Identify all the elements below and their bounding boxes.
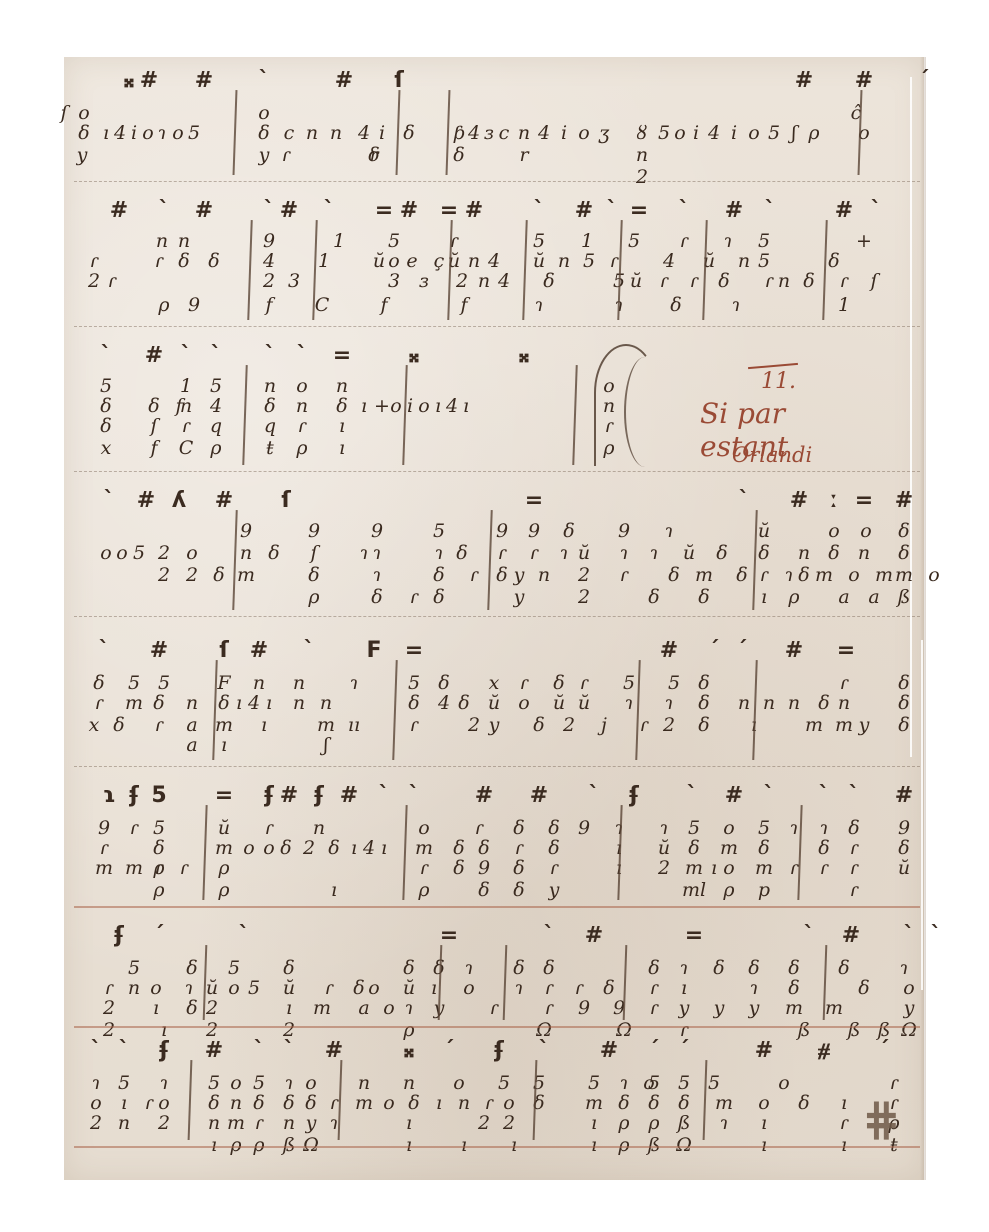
rhythm-sign: ˋ [607, 198, 618, 223]
tab-letter: δ [308, 564, 319, 586]
tab-letter: 2 [263, 270, 275, 292]
tab-letter: o [186, 542, 197, 564]
tab-letter: δ [328, 837, 339, 859]
tab-letter: n [468, 250, 480, 272]
tab-letter: ρ [723, 879, 734, 901]
rhythm-sign: ˊ [709, 638, 720, 663]
tab-letter: o [243, 837, 254, 859]
tab-letter: 5 [758, 817, 770, 839]
tab-letter: m [825, 997, 843, 1019]
rhythm-sign: ˊ [444, 1038, 455, 1063]
tab-letter: δ [458, 692, 469, 714]
tab-letter: δ [848, 817, 859, 839]
tab-letter: δ [513, 879, 524, 901]
tab-letter: ʒ [599, 122, 610, 144]
tab-letter: f [380, 294, 387, 316]
rhythm-sign: ˋ [259, 68, 270, 93]
tab-letter: ŭ [206, 977, 218, 999]
tab-letter: p [758, 879, 770, 901]
tab-letter: o [518, 692, 529, 714]
tab-letter: n [558, 250, 570, 272]
system-rule [74, 326, 920, 327]
tab-letter: 2 [478, 1112, 490, 1134]
tab-letter: ɿ [465, 957, 474, 979]
tab-letter: ı [351, 837, 357, 859]
tab-letter: ı [381, 837, 387, 859]
rhythm-sign: = [855, 488, 873, 513]
tab-letter: o [578, 122, 589, 144]
tab-letter: ɾ [330, 1092, 339, 1114]
tab-letter: 5 [433, 520, 445, 542]
tab-letter: n [306, 122, 318, 144]
tab-letter: δ [543, 270, 554, 292]
tab-letter: δ [264, 395, 275, 417]
barline [487, 510, 492, 610]
tab-letter: δ [803, 270, 814, 292]
tab-letter: ɿ [660, 817, 669, 839]
tab-letter: 5 [533, 230, 545, 252]
tab-letter: δ [898, 714, 909, 736]
tab-letter: m [125, 692, 143, 714]
tab-letter: ı [435, 395, 441, 417]
tab-letter: ŭ [533, 250, 545, 272]
rhythm-sign: ˊ [649, 1038, 660, 1063]
rhythm-sign: # [465, 198, 483, 223]
tab-letter: δ [371, 586, 382, 608]
tab-letter: 5 [210, 375, 222, 397]
tab-letter: ŭ [373, 250, 385, 272]
rhythm-sign: ˊ [879, 1038, 890, 1063]
tab-letter: 5 [688, 817, 700, 839]
tab-letter: n [603, 395, 615, 417]
rhythm-sign: 𝄪 [124, 68, 134, 93]
rhythm-sign: ʄ [129, 783, 139, 808]
rhythm-sign: = [375, 198, 393, 223]
barline [402, 805, 407, 900]
tab-letter: δ [408, 692, 419, 714]
tab-letter: ɾ [155, 250, 164, 272]
tab-letter: ɾ [298, 415, 307, 437]
tab-letter: 4 [488, 250, 500, 272]
rhythm-sign: ˋ [764, 783, 775, 808]
tab-letter: ɾ [660, 270, 669, 292]
rhythm-sign: ˋ [534, 198, 545, 223]
tab-letter: ß [648, 1134, 661, 1156]
tab-letter: x [101, 437, 112, 459]
tab-letter: y [259, 144, 270, 166]
tab-letter: δ [603, 977, 614, 999]
tab-letter: ı [761, 1112, 767, 1134]
tab-letter: o [78, 102, 89, 124]
tab-letter: δ [858, 977, 869, 999]
tab-letter: ρ [418, 879, 429, 901]
tab-letter: 2 [158, 1112, 170, 1134]
tab-letter: ɿ [405, 997, 414, 1019]
tab-letter: ɾ [850, 837, 859, 859]
tab-letter: ı [339, 437, 345, 459]
tab-letter: n [186, 692, 198, 714]
tab-letter: 3 [388, 270, 400, 292]
tab-letter: ɾ [820, 857, 829, 879]
tablature-system: ˋ#ˋˋˋˋ=𝄪𝄪515nonoδδfn4δnδı+oioı4ınδſɾqqɾı… [64, 335, 924, 475]
rhythm-sign: ˋ [819, 783, 830, 808]
tab-letter: ɿ [185, 977, 194, 999]
tab-letter: y [714, 997, 725, 1019]
tab-letter: ρ [218, 879, 229, 901]
tab-letter: ıı [348, 714, 360, 736]
tab-letter: i [379, 122, 385, 144]
tab-letter: o [305, 1072, 316, 1094]
tab-letter: y [489, 714, 500, 736]
tab-letter: 4 [708, 122, 720, 144]
tab-letter: δ [253, 1092, 264, 1114]
rhythm-sign: F [366, 638, 381, 663]
tab-letter: ı [431, 977, 437, 999]
tab-letter: δ [403, 957, 414, 979]
rhythm-sign: # [790, 488, 808, 513]
tab-letter: δ [453, 857, 464, 879]
tab-letter: ρ [618, 1112, 629, 1134]
tab-letter: n [128, 977, 140, 999]
rhythm-sign: ˋ [904, 923, 915, 948]
tab-letter: ɿ [350, 672, 359, 694]
tab-letter: n [208, 1112, 220, 1134]
tab-letter: n [838, 692, 850, 714]
tab-letter: ɾ [760, 564, 769, 586]
tab-letter: δ [648, 1092, 659, 1114]
tab-letter: i [731, 122, 737, 144]
tab-letter: ı [266, 692, 272, 714]
tab-letter: ɿ [435, 542, 444, 564]
rhythm-sign: # [795, 68, 813, 93]
tab-letter: ı [406, 1134, 412, 1156]
tab-letter: o [230, 1072, 241, 1094]
tab-letter: o [723, 857, 734, 879]
tab-letter: 2 [636, 166, 648, 188]
tab-letter: δ [456, 542, 467, 564]
barline [522, 220, 527, 320]
tab-letter: e [406, 250, 417, 272]
rhythm-sign: ɿ [102, 783, 115, 808]
tab-letter: r [519, 144, 528, 166]
tab-letter: ɾ [108, 270, 117, 292]
rhythm-sign: # [335, 68, 353, 93]
tab-letter: 2 [578, 586, 590, 608]
tab-letter: o [158, 1092, 169, 1114]
tab-letter: ɾ [410, 586, 419, 608]
tab-letter: ı [211, 1134, 217, 1156]
rhythm-sign: ˋ [91, 1038, 102, 1063]
tab-letter: ɾ [100, 837, 109, 859]
tab-letter: ɿ [515, 977, 524, 999]
tab-letter: ɾ [182, 415, 191, 437]
tab-letter: δ [548, 837, 559, 859]
tab-letter: f [150, 437, 157, 459]
rhythm-sign: ˋ [265, 343, 276, 368]
tab-letter: δ [513, 817, 524, 839]
tab-letter: ȣ [637, 122, 648, 144]
tab-letter: m [755, 857, 773, 879]
rhythm-sign: # [660, 638, 678, 663]
tab-letter: o [723, 817, 734, 839]
tab-letter: n [858, 542, 870, 564]
barline [202, 805, 207, 900]
tab-letter: ɾ [610, 250, 619, 272]
rhythm-sign: ʄ [314, 783, 324, 808]
tab-letter: ɾ [575, 977, 584, 999]
tab-letter: ρ [153, 857, 164, 879]
tab-letter: 2 [88, 270, 100, 292]
tab-letter: δ [433, 586, 444, 608]
tab-letter: o [228, 977, 239, 999]
tab-letter: ρ [296, 437, 307, 459]
tab-letter: δ [670, 294, 681, 316]
tab-letter: 4 [498, 270, 510, 292]
rhythm-sign: = [405, 638, 423, 663]
rhythm-sign: # [340, 783, 358, 808]
tab-letter: δ [678, 1092, 689, 1114]
tab-letter: δ [618, 1092, 629, 1114]
tablature-system: ɿʄ5=ʄ#ʄ#ˋˋ##ˋʄˋ#ˋˋˋ#9ɾ5ŭɾnoɾδδ9ɿɿ5o5ɿɿδ9… [64, 775, 924, 910]
tab-letter: ı [286, 997, 292, 1019]
tab-letter: o [142, 122, 153, 144]
tab-letter: δ [453, 837, 464, 859]
tab-letter: o [848, 564, 859, 586]
barline [188, 1060, 192, 1140]
tab-letter: ɾ [840, 672, 849, 694]
tab-letter: m [95, 857, 113, 879]
tab-letter: ı [461, 1134, 467, 1156]
tab-letter: ɾ [650, 997, 659, 1019]
tab-letter: ρ [230, 1134, 241, 1156]
tab-letter: ç [434, 250, 445, 272]
tab-letter: δ [788, 977, 799, 999]
tab-letter: ɾ [475, 817, 484, 839]
tab-letter: ρ [788, 586, 799, 608]
rhythm-sign: ˋ [687, 783, 698, 808]
tab-letter: 5 [388, 230, 400, 252]
tab-letter: δ [698, 692, 709, 714]
rhythm-sign: # [140, 68, 158, 93]
tab-letter: δ [353, 977, 364, 999]
tab-letter: n [518, 122, 530, 144]
rhythm-sign: # [195, 68, 213, 93]
tab-letter: δ [668, 564, 679, 586]
system-rule [74, 616, 920, 617]
rhythm-sign: # [110, 198, 128, 223]
tab-letter: 9 [578, 997, 590, 1019]
tab-letter: 5 [208, 1072, 220, 1094]
tab-letter: n [636, 144, 648, 166]
tab-letter: ŭ [553, 692, 565, 714]
tab-letter: a [868, 586, 879, 608]
rhythm-sign: # [215, 488, 233, 513]
tab-letter: ɿ [373, 542, 382, 564]
tab-letter: ɾ [680, 230, 689, 252]
tab-letter: ɾ [105, 977, 114, 999]
tab-letter: ɿ [724, 230, 733, 252]
tab-letter: y [77, 144, 88, 166]
tab-letter: δ [553, 672, 564, 694]
tab-letter: ı [221, 734, 227, 756]
rhythm-sign: ˊ [737, 638, 748, 663]
tab-letter: δ [438, 672, 449, 694]
rhythm-sign: = [630, 198, 648, 223]
tab-letter: f [265, 294, 272, 316]
rhythm-sign: ˋ [284, 1038, 295, 1063]
tab-letter: y [749, 997, 760, 1019]
tab-letter: δ [748, 957, 759, 979]
tab-letter: δ [268, 542, 279, 564]
tab-letter: δ [513, 857, 524, 879]
tab-letter: δ [453, 144, 464, 166]
tab-letter: ɾ [515, 837, 524, 859]
tab-letter: o [748, 122, 759, 144]
tab-letter: ɿ [680, 957, 689, 979]
barline [752, 660, 757, 760]
tab-letter: δ [208, 1092, 219, 1114]
tab-letter: n [118, 1112, 130, 1134]
tab-letter: ŭ [658, 837, 670, 859]
tab-letter: n [264, 375, 276, 397]
tab-letter: 5 [128, 672, 140, 694]
rhythm-sign: ˋ [211, 343, 222, 368]
rhythm-sign: # [137, 488, 155, 513]
tab-letter: 5 [253, 1072, 265, 1094]
tab-letter: ɿ [620, 542, 629, 564]
tab-letter: 4 [438, 692, 450, 714]
tab-letter: i [407, 395, 413, 417]
tab-letter: ɾ [145, 1092, 154, 1114]
rhythm-sign: = [525, 488, 543, 513]
tab-letter: o [100, 542, 111, 564]
tab-letter: ρ [253, 1134, 264, 1156]
tab-letter: m [835, 714, 853, 736]
rhythm-sign: # [280, 198, 298, 223]
tab-letter: ɾ [282, 144, 291, 166]
tab-letter: o [388, 250, 399, 272]
tab-letter: 9 [618, 520, 630, 542]
tab-letter: 2 [468, 714, 480, 736]
rhythm-sign: ˋ [119, 1038, 130, 1063]
tab-letter: ɾ [850, 879, 859, 901]
tab-letter: 5 [158, 672, 170, 694]
tab-letter: ɾ [265, 817, 274, 839]
barline [822, 220, 827, 320]
tab-letter: δ [533, 714, 544, 736]
tab-letter: 2 [503, 1112, 515, 1134]
tab-letter: o [603, 375, 614, 397]
tab-letter: i [131, 122, 137, 144]
tab-letter: 4 [263, 250, 275, 272]
tab-letter: o [258, 102, 269, 124]
rhythm-sign: ˋ [239, 923, 250, 948]
tab-letter: 5 [648, 1072, 660, 1094]
system-rule [74, 471, 920, 472]
tab-letter: ɿ [650, 542, 659, 564]
tab-letter: m [227, 1112, 245, 1134]
tab-letter: ŭ [403, 977, 415, 999]
rhythm-sign: ˊ [154, 923, 165, 948]
tab-letter: n [240, 542, 252, 564]
tab-letter: 5 [758, 230, 770, 252]
tab-letter: δ [716, 542, 727, 564]
tab-letter: ɿ [665, 520, 674, 542]
tab-letter: n [778, 270, 790, 292]
tab-letter: n [230, 1092, 242, 1114]
tab-letter: o [860, 520, 871, 542]
tab-letter: 5 [588, 1072, 600, 1094]
tab-letter: m [415, 837, 433, 859]
tab-letter: 4 [446, 395, 458, 417]
tab-letter: m [313, 997, 331, 1019]
rhythm-sign: ˋ [101, 343, 112, 368]
rhythm-sign: ˋ [159, 198, 170, 223]
tab-letter: δ [698, 586, 709, 608]
tab-letter: 2 [303, 837, 315, 859]
tab-letter: C [179, 437, 194, 459]
tab-letter: ɾ [690, 270, 699, 292]
tab-letter: n [156, 230, 168, 252]
tab-letter: δ [513, 957, 524, 979]
end-sign: ⋕ [862, 1092, 901, 1146]
system-rule [74, 906, 920, 908]
tab-letter: ß [898, 586, 911, 608]
tab-letter: m [815, 564, 833, 586]
tab-letter: ı [261, 714, 267, 736]
tab-letter: ŭ [488, 692, 500, 714]
rhythm-sign: ˊ [679, 1038, 690, 1063]
barline [247, 220, 252, 320]
tab-letter: Ω [303, 1134, 319, 1156]
tab-letter: m [215, 714, 233, 736]
tab-letter: δ [153, 692, 164, 714]
tab-letter: ɾ [640, 714, 649, 736]
rhythm-sign: # [835, 198, 853, 223]
tab-letter: 5 [498, 1072, 510, 1094]
tab-letter: m [215, 837, 233, 859]
tab-letter: m [875, 564, 893, 586]
tab-letter: o [903, 977, 914, 999]
tab-letter: 5 [678, 1072, 690, 1094]
tab-letter: ı [153, 997, 159, 1019]
tab-letter: x [89, 714, 100, 736]
tab-letter: o [453, 1072, 464, 1094]
tab-letter: ɾ [490, 997, 499, 1019]
rhythm-sign: ˋ [589, 783, 600, 808]
rhythm-sign: = [440, 198, 458, 223]
barline [233, 90, 237, 175]
tab-letter: c [499, 122, 510, 144]
tab-letter: o [368, 977, 379, 999]
tab-letter: ſ [870, 270, 877, 292]
tab-letter: ı [331, 879, 337, 901]
tab-letter: q [210, 415, 222, 437]
tab-letter: 5 [583, 250, 595, 272]
rhythm-sign: ʄ [114, 923, 124, 948]
rhythm-sign: ˋ [104, 488, 115, 513]
tab-letter: δ [898, 542, 909, 564]
tab-letter: 9 [188, 294, 200, 316]
tab-letter: ɾ [550, 857, 559, 879]
system-rule [74, 766, 920, 767]
tab-letter: ɾ [580, 672, 589, 694]
tab-letter: 2 [158, 564, 170, 586]
tab-letter: n [320, 692, 332, 714]
tab-letter: a [838, 586, 849, 608]
tab-letter: δ [758, 837, 769, 859]
tab-letter: f [460, 294, 467, 316]
